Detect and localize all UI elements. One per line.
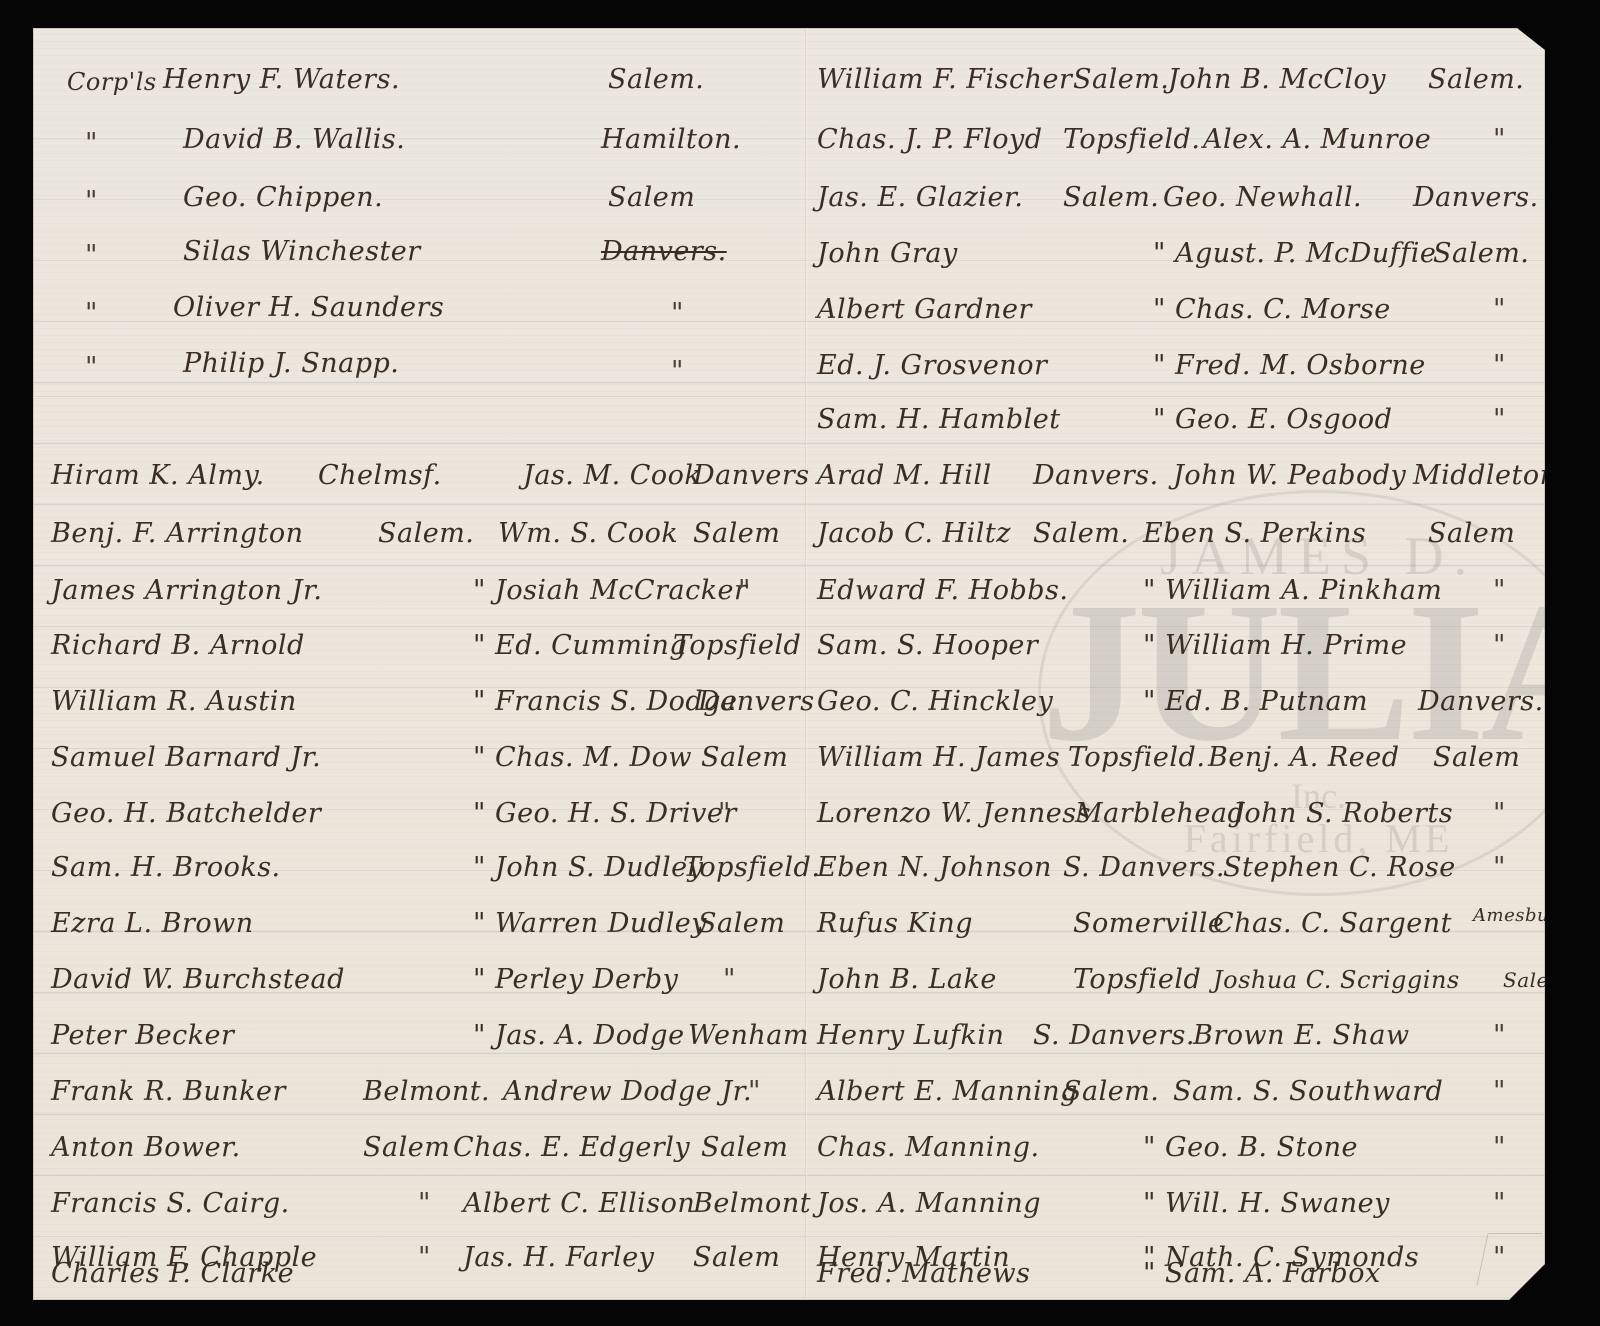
soldier-name: John B. Lake xyxy=(817,962,997,998)
soldier-name: Wm. S. Cook xyxy=(498,516,678,552)
soldier-name: " Geo. E. Osgood xyxy=(1153,402,1392,438)
corporal-town: Salem. xyxy=(608,62,704,98)
soldier-town: Salem xyxy=(1433,740,1520,776)
soldier-town: Middleton xyxy=(1413,458,1557,494)
soldier-town: Danvers xyxy=(698,684,815,720)
soldier-name: " Sam. A. Farbox xyxy=(1143,1256,1381,1292)
soldier-town: Topsfield. xyxy=(1063,122,1200,158)
soldier-name: Arad M. Hill xyxy=(817,458,992,494)
ditto-mark: " xyxy=(1493,1018,1506,1054)
soldier-town: Topsfield xyxy=(1073,962,1201,998)
rank-label: Corp'ls xyxy=(67,64,157,100)
ditto-mark: " xyxy=(1493,1186,1506,1222)
soldier-name: Benj. A. Reed xyxy=(1208,740,1399,776)
soldier-name: David W. Burchstead xyxy=(51,962,345,998)
soldier-name: Sam. S. Southward xyxy=(1173,1074,1443,1110)
soldier-name: Jas. E. Glazier. xyxy=(817,180,1023,216)
corporal-name: Silas Winchester xyxy=(183,234,421,270)
soldier-town: Salem xyxy=(701,740,788,776)
soldier-name: Richard B. Arnold xyxy=(51,628,305,664)
soldier-town: Salem. xyxy=(1033,516,1129,552)
soldier-name: Albert Gardner xyxy=(817,292,1032,328)
soldier-name: " Perley Derby xyxy=(473,962,678,998)
roster-sheet: JAMES D. JULIA Inc. Fairfield, ME Corp'l… xyxy=(33,28,1545,1300)
soldier-town: Chelmsf. xyxy=(318,458,442,494)
soldier-town: Danvers. xyxy=(1418,684,1544,720)
soldier-town: Salem xyxy=(698,906,785,942)
soldier-name: " William A. Pinkham xyxy=(1143,573,1442,609)
ditto-mark: " xyxy=(723,962,736,998)
ditto-mark: " xyxy=(418,1186,431,1222)
soldier-name: Charles P. Clarke xyxy=(51,1256,294,1292)
soldier-name: Eben N. Johnson xyxy=(817,850,1052,886)
vertical-fold-line xyxy=(805,28,807,1300)
soldier-town: Topsfield. xyxy=(683,850,820,886)
soldier-name: Frank R. Bunker xyxy=(51,1074,286,1110)
soldier-name: Eben S. Perkins xyxy=(1143,516,1366,552)
soldier-town: Marblehead xyxy=(1075,796,1245,832)
ditto-mark: " xyxy=(1493,1130,1506,1166)
soldier-town: Wenham xyxy=(688,1018,809,1054)
soldier-name: James Arrington Jr. xyxy=(51,573,322,609)
soldier-name: " Jas. A. Dodge xyxy=(473,1018,685,1054)
soldier-name: Albert E. Manning xyxy=(817,1074,1078,1110)
corporal-name: Henry F. Waters. xyxy=(163,62,400,98)
soldier-town: Somerville xyxy=(1073,906,1224,942)
soldier-name: Samuel Barnard Jr. xyxy=(51,740,321,776)
folded-corner xyxy=(1476,1233,1542,1286)
soldier-town: Salem. xyxy=(1073,62,1169,98)
ditto-mark: " xyxy=(718,796,731,832)
ditto-mark: " xyxy=(1493,1240,1506,1276)
soldier-town: Salem. xyxy=(1063,180,1159,216)
soldier-name: " Warren Dudley xyxy=(473,906,707,942)
soldier-name: Alex. A. Munroe xyxy=(1203,122,1431,158)
soldier-name: William R. Austin xyxy=(51,684,297,720)
ditto-mark: " xyxy=(85,296,98,332)
soldier-name: Francis S. Cairg. xyxy=(51,1186,290,1222)
soldier-name: John S. Roberts xyxy=(1233,796,1453,832)
ditto-mark: " xyxy=(738,573,751,609)
soldier-name: " John S. Dudley xyxy=(473,850,703,886)
ditto-mark: " xyxy=(1493,348,1506,384)
soldier-name: Hiram K. Almy. xyxy=(51,458,265,494)
soldier-name: Rufus King xyxy=(817,906,973,942)
ditto-mark: " xyxy=(1493,573,1506,609)
soldier-name: " Geo. B. Stone xyxy=(1143,1130,1358,1166)
corporal-town: Danvers. xyxy=(601,234,727,270)
soldier-name: Ed. J. Grosvenor xyxy=(817,348,1047,384)
soldier-name: " Fred. M. Osborne xyxy=(1153,348,1426,384)
soldier-name: Jacob C. Hiltz xyxy=(817,516,1011,552)
ditto-mark: " xyxy=(85,350,98,386)
soldier-name: Brown E. Shaw xyxy=(1193,1018,1410,1054)
soldier-town: Amesbury xyxy=(1473,898,1569,934)
soldier-name: Jas. H. Farley xyxy=(463,1240,654,1276)
corporal-name: David B. Wallis. xyxy=(183,122,405,158)
soldier-name: " Geo. H. S. Driver xyxy=(473,796,737,832)
soldier-name: Sam. H. Hamblet xyxy=(817,402,1061,438)
soldier-name: " Chas. C. Morse xyxy=(1153,292,1391,328)
corporal-name: Geo. Chippen. xyxy=(183,180,383,216)
soldier-town: Belmont. xyxy=(363,1074,490,1110)
soldier-town: Belmont xyxy=(693,1186,811,1222)
soldier-name: William F. Fischer xyxy=(817,62,1072,98)
ditto-mark: " xyxy=(1493,402,1506,438)
soldier-name: Chas. J. P. Floyd xyxy=(817,122,1043,158)
soldier-name: Chas. Manning. xyxy=(817,1130,1040,1166)
soldier-town: Salem. xyxy=(1063,1074,1159,1110)
soldier-name: John B. McCloy xyxy=(1168,62,1386,98)
soldier-name: Chas. E. Edgerly xyxy=(453,1130,690,1166)
soldier-name: " Agust. P. McDuffie xyxy=(1153,236,1436,272)
soldier-town: Topsfield xyxy=(673,628,801,664)
soldier-name: Joshua C. Scriggins xyxy=(1213,962,1460,998)
ditto-mark: " xyxy=(748,1074,761,1110)
soldier-name: Fred. Mathews xyxy=(817,1256,1031,1292)
soldier-town: Salem. xyxy=(1428,62,1524,98)
soldier-name: John W. Peabody xyxy=(1173,458,1406,494)
soldier-name: Anton Bower. xyxy=(51,1130,241,1166)
photo-frame: JAMES D. JULIA Inc. Fairfield, ME Corp'l… xyxy=(0,0,1600,1326)
soldier-town: S. Danvers. xyxy=(1033,1018,1195,1054)
horizontal-fold-line xyxy=(33,396,1545,398)
ditto-mark: " xyxy=(418,1240,431,1276)
soldier-name: Andrew Dodge Jr. xyxy=(503,1074,752,1110)
ditto-mark: " xyxy=(1493,292,1506,328)
ditto-mark: " xyxy=(1493,850,1506,886)
ditto-mark: " xyxy=(1493,796,1506,832)
soldier-town: S. Danvers. xyxy=(1063,850,1225,886)
soldier-name: Albert C. Ellison xyxy=(463,1186,695,1222)
soldier-town: Danvers. xyxy=(1033,458,1159,494)
soldier-name: " Josiah McCracker xyxy=(473,573,747,609)
soldier-name: Lorenzo W. Jenness xyxy=(817,796,1091,832)
soldier-town: Topsfield. xyxy=(1068,740,1205,776)
soldier-town: Salem xyxy=(701,1130,788,1166)
soldier-name: Henry Lufkin xyxy=(817,1018,1004,1054)
soldier-town: Salem. xyxy=(378,516,474,552)
soldier-name: Stephen C. Rose xyxy=(1223,850,1456,886)
soldier-name: John Gray xyxy=(817,236,958,272)
soldier-name: Geo. C. Hinckley xyxy=(817,684,1053,720)
ditto-mark: " xyxy=(85,238,98,274)
ditto-mark: " xyxy=(85,184,98,220)
soldier-name: " Ed. Cumming xyxy=(473,628,687,664)
ditto-mark: " xyxy=(671,354,684,390)
soldier-name: Peter Becker xyxy=(51,1018,234,1054)
soldier-name: Geo. H. Batchelder xyxy=(51,796,321,832)
soldier-name: Ezra L. Brown xyxy=(51,906,254,942)
soldier-name: " William H. Prime xyxy=(1143,628,1407,664)
soldier-town: Salem. xyxy=(1433,236,1529,272)
soldier-town: Danvers. xyxy=(1413,180,1539,216)
soldier-name: Sam. H. Brooks. xyxy=(51,850,281,886)
corporal-name: Oliver H. Saunders xyxy=(173,290,444,326)
ditto-mark: " xyxy=(671,296,684,332)
corporal-town: Hamilton. xyxy=(601,122,741,158)
soldier-town: Salem xyxy=(1428,516,1515,552)
soldier-name: William H. James xyxy=(817,740,1060,776)
soldier-name: " Chas. M. Dow xyxy=(473,740,692,776)
soldier-name: Benj. F. Arrington xyxy=(51,516,304,552)
ditto-mark: " xyxy=(85,126,98,162)
corporal-name: Philip J. Snapp. xyxy=(183,346,399,382)
soldier-name: Geo. Newhall. xyxy=(1163,180,1362,216)
soldier-town: Danvers xyxy=(693,458,810,494)
ditto-mark: " xyxy=(1493,122,1506,158)
soldier-name: Jas. M. Cook xyxy=(523,458,701,494)
soldier-name: Sam. S. Hooper xyxy=(817,628,1038,664)
soldier-name: Chas. C. Sargent xyxy=(1213,906,1452,942)
soldier-town: Salem xyxy=(1503,962,1568,998)
soldier-name: Jos. A. Manning xyxy=(817,1186,1041,1222)
ditto-mark: " xyxy=(1493,1074,1506,1110)
soldier-town: Salem xyxy=(363,1130,450,1166)
corporal-town: Salem xyxy=(608,180,695,216)
soldier-town: Salem xyxy=(693,516,780,552)
soldier-town: Salem xyxy=(693,1240,780,1276)
ditto-mark: " xyxy=(1493,628,1506,664)
soldier-name: Edward F. Hobbs. xyxy=(817,573,1068,609)
soldier-name: " Ed. B. Putnam xyxy=(1143,684,1368,720)
soldier-name: " Will. H. Swaney xyxy=(1143,1186,1390,1222)
